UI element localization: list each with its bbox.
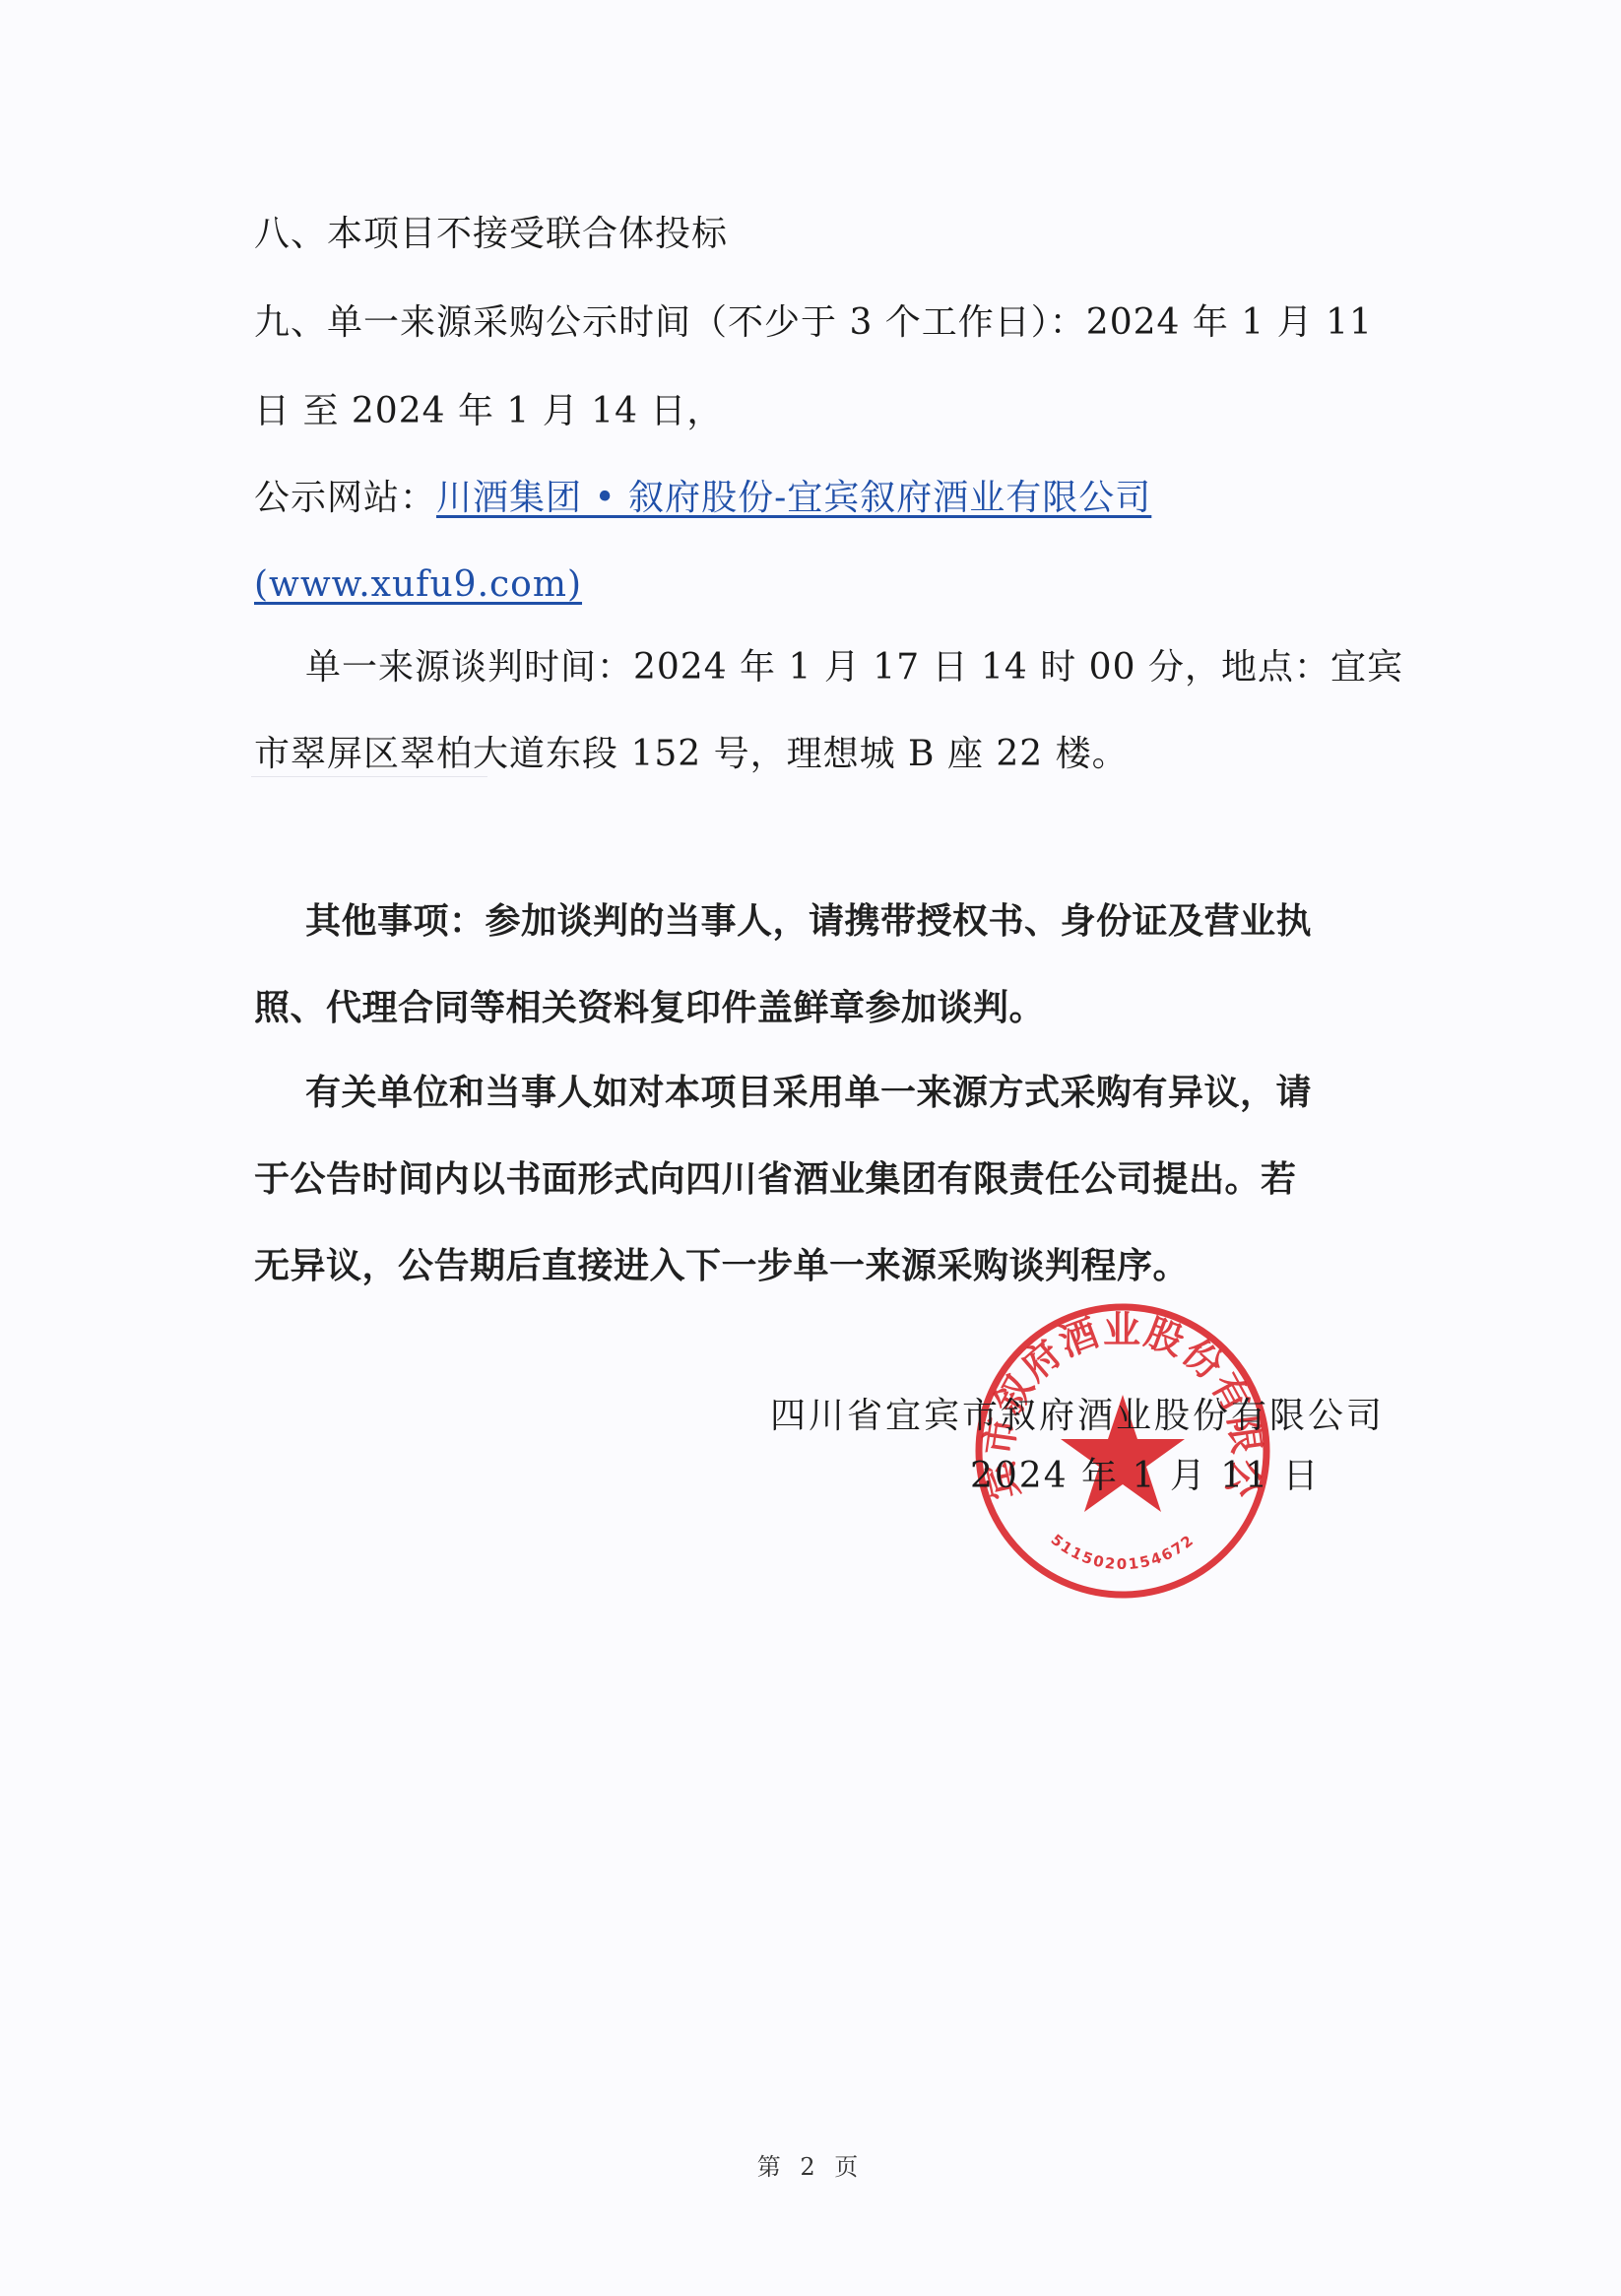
item-9-line-1: 九、单一来源采购公示时间（不少于 3 个工作日）：2024 年 1 月 11 [254,301,1373,345]
svg-text:5115020154672: 5115020154672 [1048,1531,1199,1573]
item-9-line-2: 日 至 2024 年 1 月 14 日， [254,390,723,433]
signature-date: 2024 年 1 月 11 日 [970,1455,1321,1498]
objection-line-1: 有关单位和当事人如对本项目采用单一来源方式采购有异议，请 [305,1072,1312,1115]
document-page: 八、本项目不接受联合体投标 九、单一来源采购公示时间（不少于 3 个工作日）：2… [0,0,1621,2296]
website-label: 公示网站： [254,478,436,518]
website-url-row: (www.xufu9.com) [254,563,582,607]
signature-company: 四川省宜宾市叙府酒业股份有限公司 [770,1395,1385,1438]
website-row: 公示网站：川酒集团 • 叙府股份-宜宾叙府酒业有限公司 [254,477,1151,520]
objection-line-3: 无异议，公告期后直接进入下一步单一来源采购谈判程序。 [254,1245,1189,1288]
divider [251,776,487,777]
item-8: 八、本项目不接受联合体投标 [254,213,728,256]
objection-line-2: 于公告时间内以书面形式向四川省酒业集团有限责任公司提出。若 [254,1158,1297,1202]
negotiation-line-2: 市翠屏区翠柏大道东段 152 号，理想城 B 座 22 楼。 [254,733,1129,776]
website-url-link[interactable]: (www.xufu9.com) [254,564,582,605]
page-number: 第 2 页 [0,2147,1621,2182]
other-matters-line-2: 照、代理合同等相关资料复印件盖鲜章参加谈判。 [254,987,1045,1030]
other-matters-line-1: 其他事项：参加谈判的当事人，请携带授权书、身份证及营业执 [305,900,1312,944]
website-link[interactable]: 川酒集团 • 叙府股份-宜宾叙府酒业有限公司 [436,478,1151,518]
negotiation-line-1: 单一来源谈判时间：2024 年 1 月 17 日 14 时 00 分，地点：宜宾 [305,646,1403,689]
company-seal-icon: 宜宾市叙府酒业股份有限公司 5115020154672 [970,1298,1275,1604]
